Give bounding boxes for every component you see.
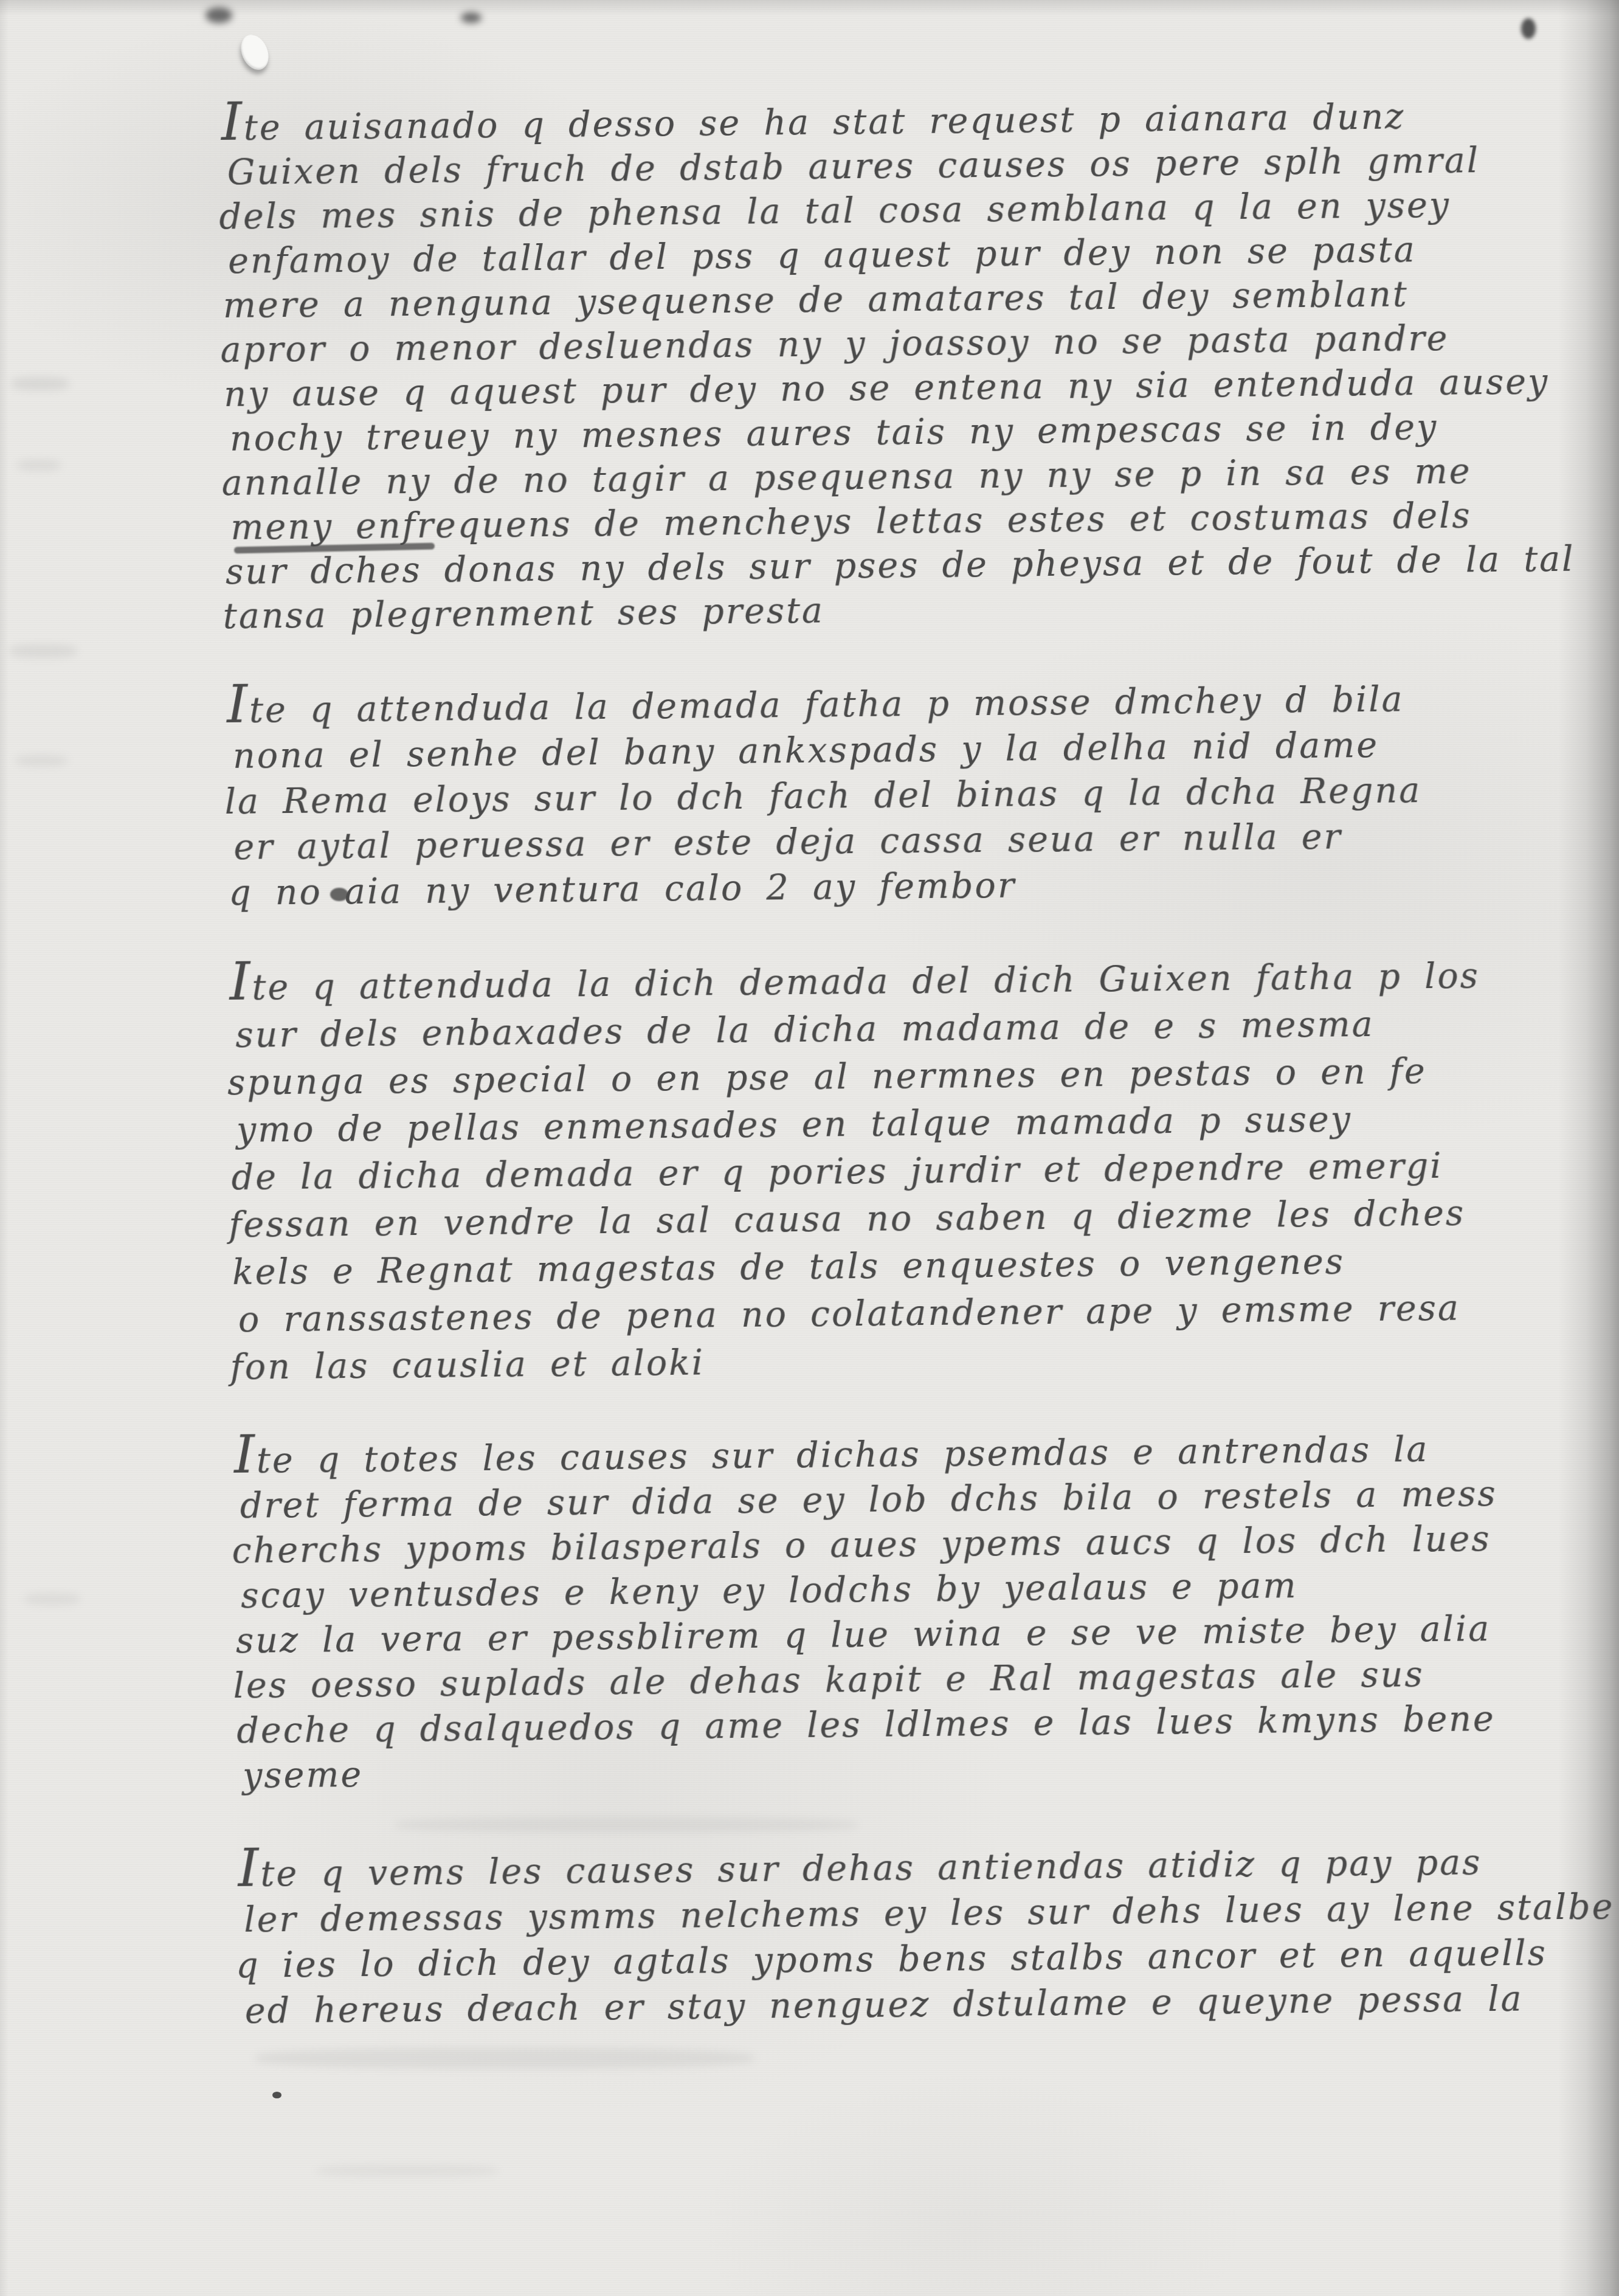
manuscript-page: Ite auisanado q desso se ha stat request… <box>0 0 1619 2296</box>
ink-bleedthrough <box>255 2048 754 2069</box>
ink-speck <box>272 2092 281 2098</box>
paper-hole <box>236 30 274 74</box>
ink-bleedthrough <box>11 377 69 390</box>
paragraph-4: Ite q totes les causes sur dichas psemda… <box>234 1422 1584 1799</box>
ink-bleedthrough <box>9 645 77 658</box>
paragraph-3: Ite q attenduda la dich demada del dich … <box>229 949 1580 1391</box>
ink-blot <box>1521 18 1536 39</box>
ink-bleedthrough <box>15 755 67 766</box>
ink-bleedthrough <box>316 2165 499 2177</box>
paragraph-2: Ite q attenduda la demada fatha p mosse … <box>227 672 1576 916</box>
ink-smudge <box>205 7 232 23</box>
ink-bleedthrough <box>395 1817 857 1833</box>
ink-smudge <box>461 12 482 23</box>
page-top-shadow <box>0 0 1619 16</box>
ink-bleedthrough <box>17 460 61 471</box>
ink-bleedthrough <box>24 1593 80 1605</box>
page-left-shadow <box>0 0 9 2296</box>
paragraph-5: Ite q vems les causes sur dehas antienda… <box>238 1836 1586 2035</box>
paragraph-1: Ite auisanado q desso se ha stat request… <box>221 89 1573 639</box>
